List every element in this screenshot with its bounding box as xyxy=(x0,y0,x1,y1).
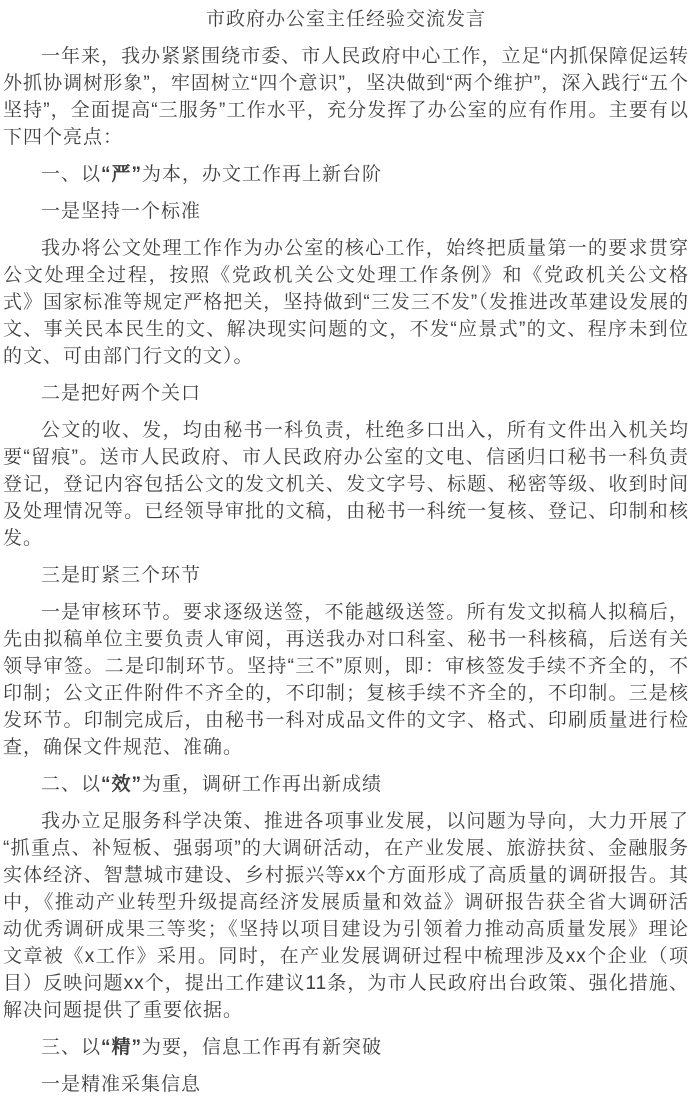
section-1-heading-prefix: 一、以 xyxy=(41,164,101,185)
section-3-heading-suffix: 为要，信息工作再有新突破 xyxy=(142,1037,382,1058)
intro-paragraph: 一年来，我办紧紧围绕市委、市人民政府中心工作，立足“内抓保障促运转外抓协调树形象… xyxy=(3,43,689,151)
section-2-heading-emphasis: “效” xyxy=(101,774,142,795)
section-1-paragraph-2: 公文的收、发，均由秘书一科负责，杜绝多口出入，所有文件出入机关均要“留痕”。送市… xyxy=(3,417,689,552)
section-1-paragraph-3: 一是审核环节。要求逐级送签，不能越级送签。所有发文拟稿人拟稿后，先由拟稿单位主要… xyxy=(3,599,689,761)
section-1-paragraph-1: 我办将公文处理工作作为办公室的核心工作，始终把质量第一的要求贯穿公文处理全过程，… xyxy=(3,235,689,370)
document-body: 市政府办公室主任经验交流发言 一年来，我办紧紧围绕市委、市人民政府中心工作，立足… xyxy=(0,0,693,1097)
section-3-subheading-1: 一是精准采集信息 xyxy=(3,1071,689,1097)
section-1-subheading-1: 一是坚持一个标准 xyxy=(3,198,689,225)
section-2-paragraph-1: 我办立足服务科学决策、推进各项事业发展，以问题为导向，大力开展了“抓重点、补短板… xyxy=(3,808,689,1024)
section-3-heading-prefix: 三、以 xyxy=(41,1037,101,1058)
document-title: 市政府办公室主任经验交流发言 xyxy=(3,6,689,33)
section-2-heading-prefix: 二、以 xyxy=(41,774,101,795)
section-3-heading-emphasis: “精” xyxy=(101,1037,142,1058)
section-1-heading-suffix: 为本，办文工作再上新台阶 xyxy=(142,164,382,185)
section-2-heading: 二、以“效”为重，调研工作再出新成绩 xyxy=(3,771,689,798)
section-1-subheading-2: 二是把好两个关口 xyxy=(3,380,689,407)
section-2-heading-suffix: 为重，调研工作再出新成绩 xyxy=(142,774,382,795)
section-1-heading-emphasis: “严” xyxy=(101,164,142,185)
section-1-heading: 一、以“严”为本，办文工作再上新台阶 xyxy=(3,161,689,188)
section-3-heading: 三、以“精”为要，信息工作再有新突破 xyxy=(3,1034,689,1061)
section-1-subheading-3: 三是盯紧三个环节 xyxy=(3,562,689,589)
